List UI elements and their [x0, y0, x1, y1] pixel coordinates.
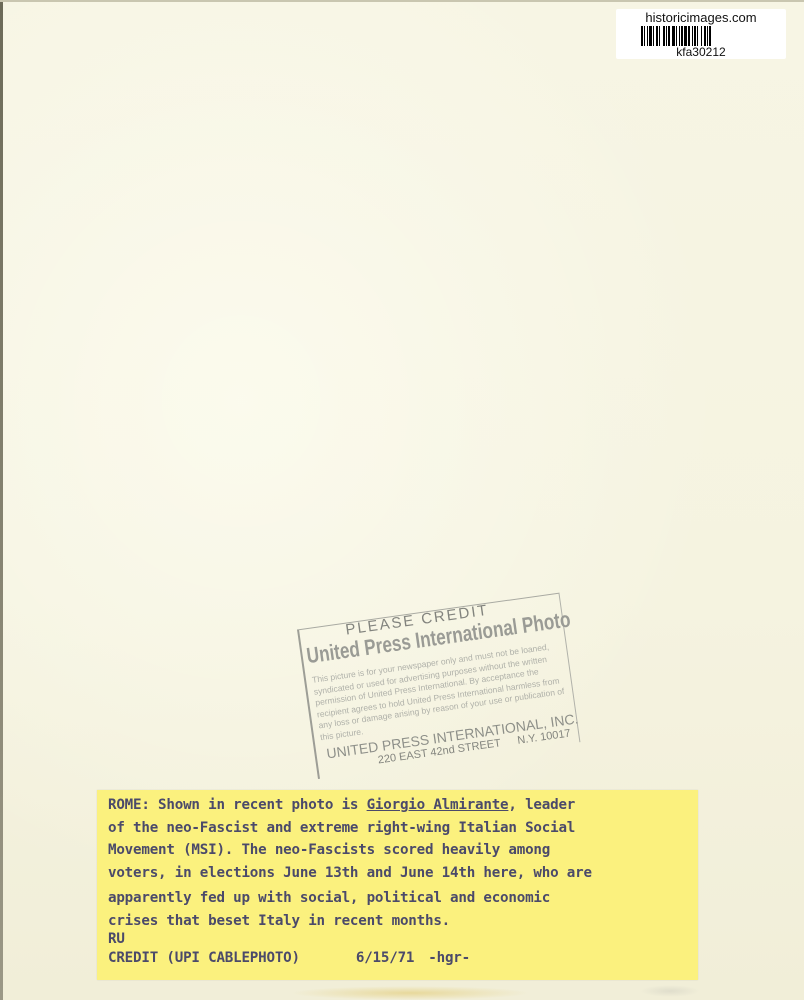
caption-label: ROME: Shown in recent photo is Giorgio A…: [97, 790, 698, 980]
sticker-item-code: kfa30212: [616, 46, 786, 58]
subject-name: Giorgio Almirante: [367, 797, 509, 813]
archive-barcode-sticker: historicimages.com kfa30212: [616, 9, 786, 59]
barcode-icon: [641, 26, 761, 46]
smudge-mark: [640, 985, 700, 997]
caption-initials: RU: [108, 932, 698, 946]
caption-text: ROME: Shown in recent photo is: [108, 797, 367, 813]
caption-credit: CREDIT (UPI CABLEPHOTO): [108, 948, 300, 968]
caption-text: , leader: [508, 797, 575, 813]
caption-date: 6/15/71: [356, 948, 414, 968]
caption-operator: -hgr-: [428, 948, 470, 968]
caption-line: Movement (MSI). The neo-Fascists scored …: [108, 839, 698, 862]
caption-credit-row: CREDIT (UPI CABLEPHOTO)6/15/71-hgr-: [108, 948, 698, 968]
paper-top-edge: [0, 0, 804, 2]
caption-line: of the neo-Fascist and extreme right-win…: [108, 817, 698, 840]
caption-line: crises that beset Italy in recent months…: [108, 910, 698, 933]
caption-line: ROME: Shown in recent photo is Giorgio A…: [108, 794, 698, 817]
sticker-site-name: historicimages.com: [616, 11, 786, 25]
caption-line: voters, in elections June 13th and June …: [108, 862, 698, 885]
glue-stain: [290, 986, 530, 1000]
paper-left-edge: [0, 0, 3, 1000]
caption-line: apparently fed up with social, political…: [108, 887, 698, 910]
